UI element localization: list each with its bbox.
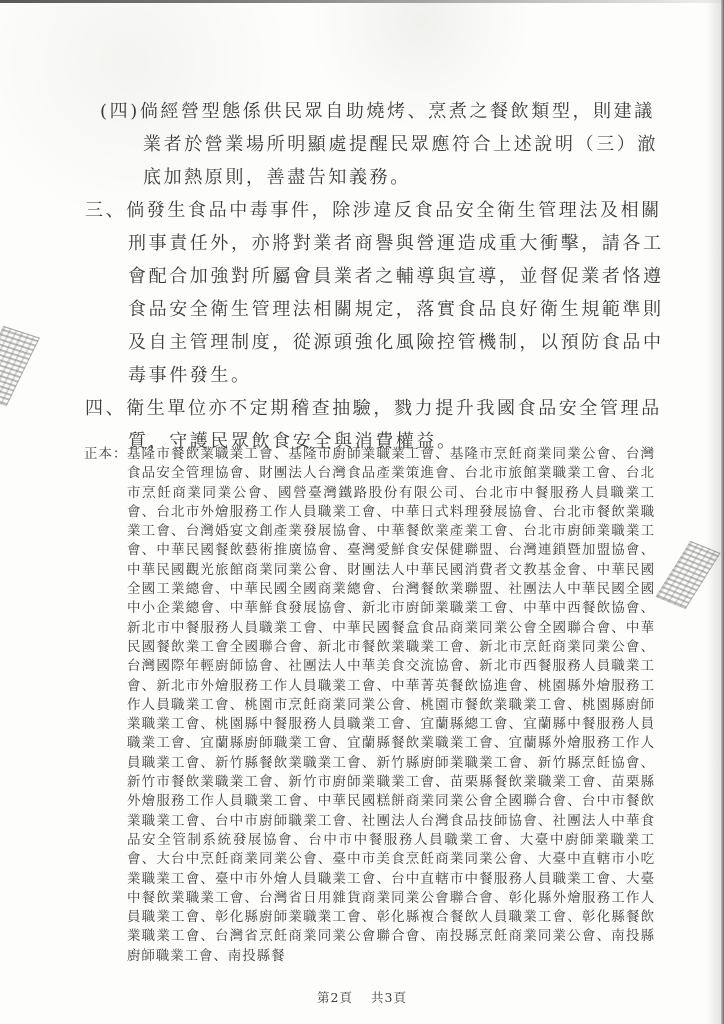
recipient-list-text: 基隆市餐飲業職業工會、基隆市廚師業職業工會、基隆市烹飪商業同業公會、台灣食品安全… <box>127 445 655 966</box>
body-text-line: 會配合加強對所屬會員業者之輔導與宣導，並督促業者恪遵 <box>128 260 724 293</box>
scanned-document-page: (四)倘經營型態係供民眾自助燒烤、烹煮之餐飲類型，則建議業者於營業場所明顯處提醒… <box>0 0 724 1024</box>
body-text-line: (四)倘經營型態係供民眾自助燒烤、烹煮之餐飲類型，則建議 <box>100 95 724 128</box>
body-text-line: 及自主管理制度，從源頭強化風險控管機制，以預防食品中 <box>128 326 724 359</box>
body-text-line: 底加熱原則，善盡告知義務。 <box>143 161 724 194</box>
scan-edge-top <box>0 0 724 3</box>
body-text-line: 業者於營業場所明顯處提醒民眾應符合上述說明（三）澈 <box>143 128 724 161</box>
page-footer: 第2頁共3頁 <box>0 988 724 1006</box>
body-text-line: 毒事件發生。 <box>128 359 724 392</box>
body-text-line: 四、衛生單位亦不定期稽查抽驗，戮力提升我國食品安全管理品 <box>85 392 724 425</box>
recipients-label: 正本： <box>84 445 128 464</box>
footer-page-number: 第2頁 <box>317 990 353 1005</box>
footer-total-pages: 共3頁 <box>371 990 407 1005</box>
body-text-line: 食品安全衛生管理法相關規定，落實食品良好衛生規範準則 <box>128 293 724 326</box>
body-text-block: (四)倘經營型態係供民眾自助燒烤、烹煮之餐飲類型，則建議業者於營業場所明顯處提醒… <box>0 95 724 458</box>
body-text-line: 三、倘發生食品中毒事件，除涉違反食品安全衛生管理法及相關 <box>85 194 724 227</box>
body-text-line: 刑事責任外，亦將對業者商譽與營運造成重大衝擊，請各工 <box>128 227 724 260</box>
